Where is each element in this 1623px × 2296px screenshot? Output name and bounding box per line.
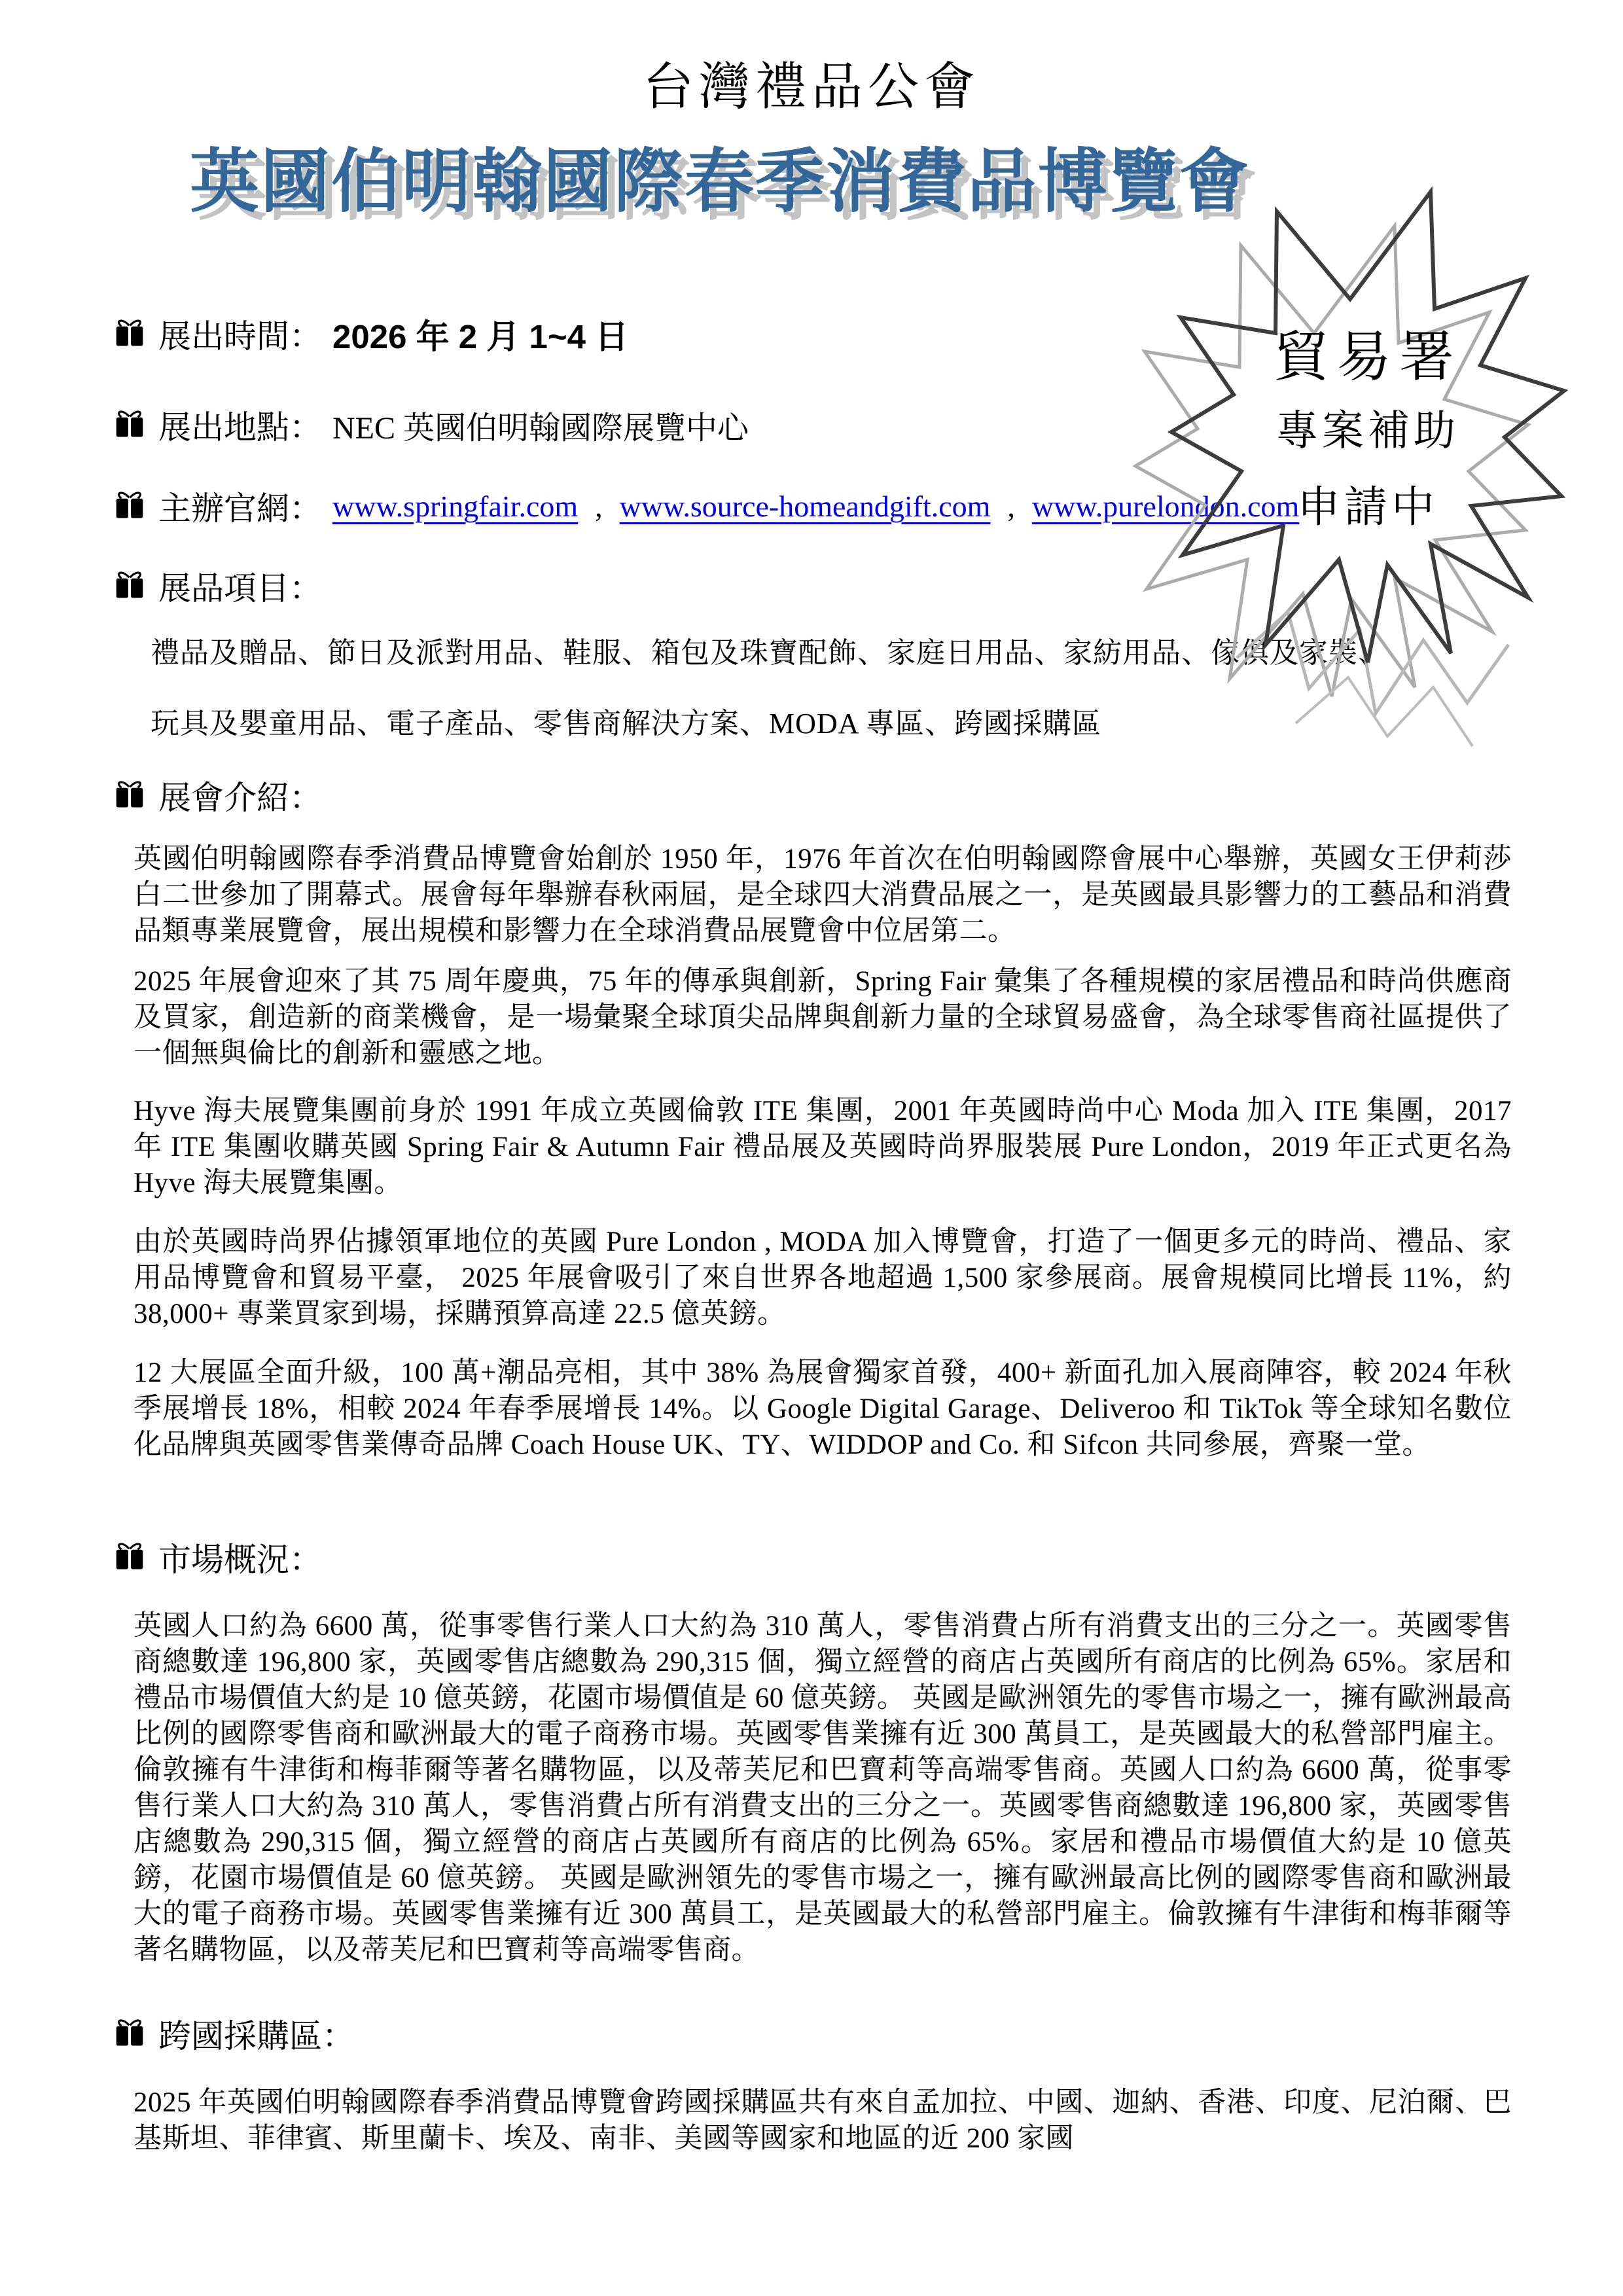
intro-header-label: 展會介紹：: [158, 772, 322, 819]
intro-section-header: 展會介紹：: [111, 772, 1512, 819]
gift-icon: [111, 2015, 148, 2052]
gift-icon: [111, 1539, 148, 1575]
items-line-2: 玩具及嬰童用品、電子產品、零售商解決方案、MODA 專區、跨國採購區: [151, 700, 1512, 742]
springfair-link[interactable]: www.springfair.com: [332, 489, 578, 524]
grant-badge: 貿易署 專案補助 申請中: [1214, 331, 1522, 529]
market-header-label: 市場概況：: [158, 1534, 322, 1581]
exhibit-venue-label: 展出地點：: [158, 401, 322, 448]
intro-paragraph-4: 由於英國時尚界佔據領軍地位的英國 Pure London , MODA 加入博覽…: [134, 1224, 1512, 1332]
cross-border-header-label: 跨國採購區：: [158, 2010, 355, 2057]
grant-badge-line-1: 貿易署: [1214, 331, 1522, 386]
cross-border-paragraph: 2025 年英國伯明翰國際春季消費品博覽會跨國採購區共有來自孟加拉、中國、迦納、…: [134, 2085, 1512, 2157]
intro-paragraph-1: 英國伯明翰國際春季消費品博覽會始創於 1950 年，1976 年首次在伯明翰國際…: [134, 841, 1512, 949]
source-homeandgift-link[interactable]: www.source-homeandgift.com: [620, 489, 991, 524]
exhibit-time-label: 展出時間：: [158, 310, 322, 357]
exhibit-time-value: 2026 年 2 月 1~4 日: [332, 310, 628, 358]
org-title: 台灣禮品公會: [111, 58, 1512, 117]
intro-paragraph-3: Hyve 海夫展覽集團前身於 1991 年成立英國倫敦 ITE 集團，2001 …: [134, 1093, 1512, 1201]
intro-paragraph-2: 2025 年展會迎來了其 75 周年慶典，75 年的傳承與創新，Spring F…: [134, 963, 1512, 1071]
organizer-web-label: 主辦官網：: [158, 482, 322, 529]
link-separator: ,: [1007, 489, 1015, 524]
exhibit-items-label: 展品項目：: [158, 562, 322, 609]
exhibit-items-row: 展品項目：: [111, 562, 1512, 609]
cross-border-section-header: 跨國採購區：: [111, 2010, 1512, 2057]
market-section-header: 市場概況：: [111, 1534, 1512, 1581]
intro-paragraph-5: 12 大展區全面升級，100 萬+潮品亮相，其中 38% 為展會獨家首發，400…: [134, 1355, 1512, 1463]
gift-icon: [111, 777, 148, 814]
exhibit-venue-value: NEC 英國伯明翰國際展覽中心: [332, 403, 749, 448]
market-paragraph: 英國人口約為 6600 萬，從事零售行業人口大約為 310 萬人，零售消費占所有…: [134, 1608, 1512, 1968]
grant-badge-line-2: 專案補助: [1214, 410, 1522, 452]
gift-icon: [111, 406, 148, 443]
document-page: 台灣禮品公會 英國伯明翰國際春季消費品博覽會 展出時間： 2026 年 2 月 …: [0, 0, 1623, 2296]
gift-icon: [111, 567, 148, 604]
items-line-1: 禮品及贈品、節日及派對用品、鞋服、箱包及珠寶配飾、家庭日用品、家紡用品、傢俱及家…: [151, 629, 1512, 671]
gift-icon: [111, 315, 148, 352]
event-title: 英國伯明翰國際春季消費品博覽會: [111, 144, 1329, 222]
link-separator: ,: [595, 489, 603, 524]
grant-badge-line-3: 申請中: [1214, 486, 1522, 529]
gift-icon: [111, 488, 148, 524]
